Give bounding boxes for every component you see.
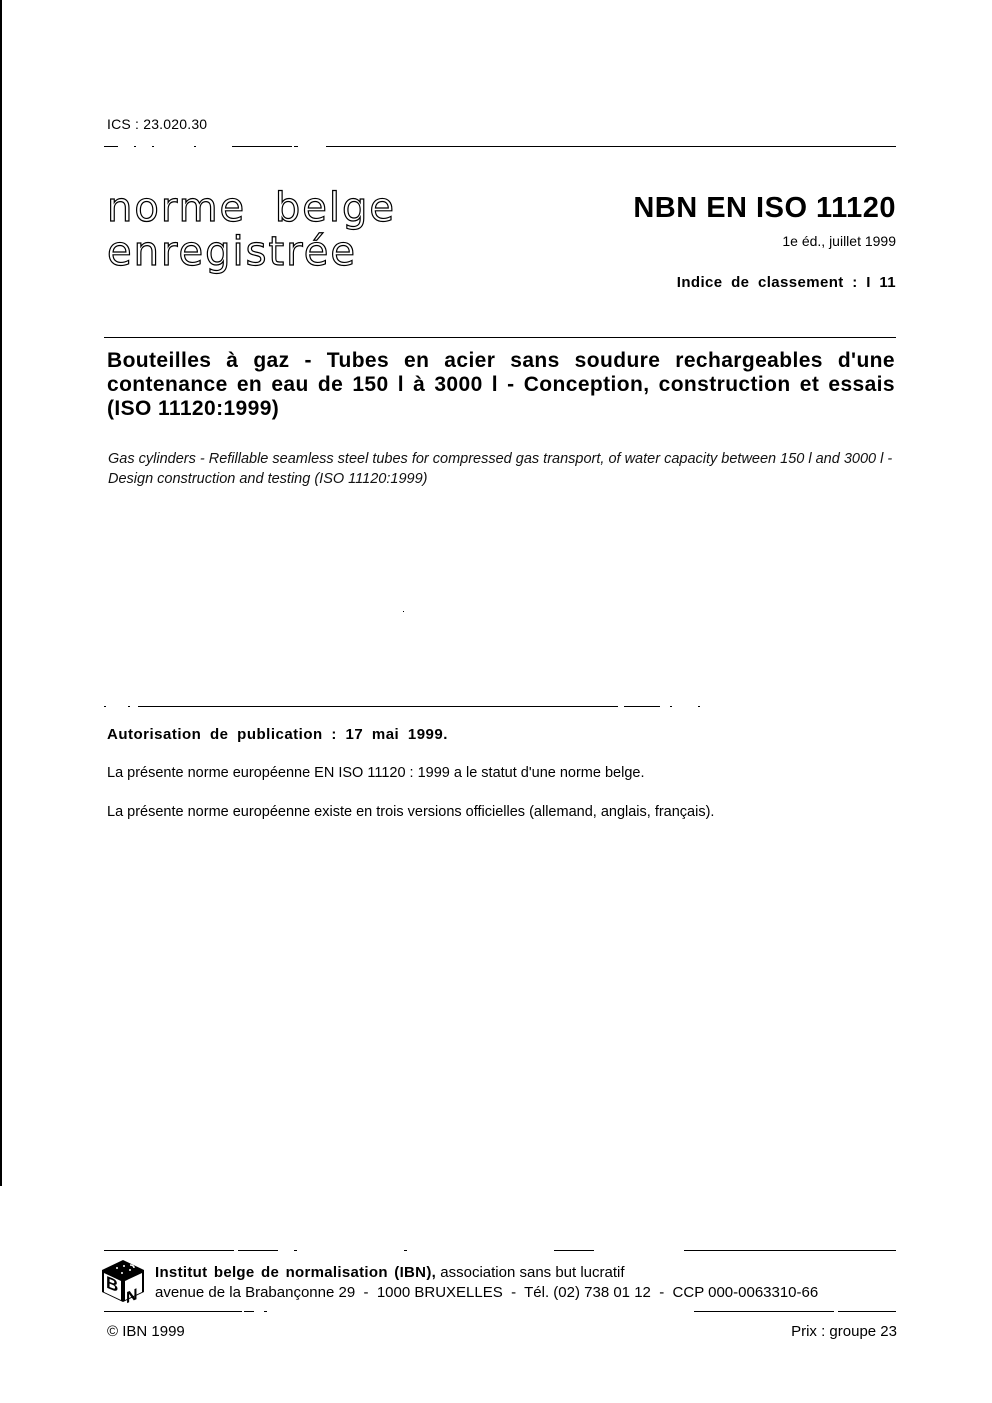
institute-address: avenue de la Brabançonne 29 - 1000 BRUXE… [155, 1284, 818, 1301]
ics-code: ICS : 23.020.30 [107, 116, 207, 132]
brand-line-2: enregistrée [107, 230, 396, 274]
title-english: Gas cylinders - Refillable seamless stee… [108, 449, 898, 489]
publication-authorisation-label: Autorisation de publication : [107, 726, 337, 743]
status-paragraph: La présente norme européenne EN ISO 1112… [107, 765, 644, 781]
scan-edge-line [0, 0, 2, 1186]
price-group: Prix : groupe 23 [791, 1323, 897, 1340]
institute-name: Institut belge de normalisation (IBN), [155, 1264, 436, 1281]
versions-paragraph: La présente norme européenne existe en t… [107, 804, 714, 820]
institute-line: Institut belge de normalisation (IBN), a… [155, 1264, 625, 1281]
copyright: © IBN 1999 [107, 1323, 185, 1340]
edition-date: 1e éd., juillet 1999 [782, 233, 896, 249]
title-french: Bouteilles à gaz - Tubes en acier sans s… [107, 349, 895, 421]
brand-norme-belge-enregistree: norme belge enregistrée [107, 186, 396, 274]
brand-line-1: norme belge [107, 186, 396, 230]
scan-speck [403, 611, 404, 612]
ibn-logo-icon: B N [100, 1258, 146, 1304]
publication-authorisation-date: 17 mai 1999. [346, 726, 448, 743]
publication-authorisation: Autorisation de publication : 17 mai 199… [107, 726, 448, 743]
classification-index: Indice de classement : I 11 [677, 274, 896, 291]
standard-number: NBN EN ISO 11120 [633, 192, 896, 225]
institute-description: association sans but lucratif [436, 1264, 624, 1281]
